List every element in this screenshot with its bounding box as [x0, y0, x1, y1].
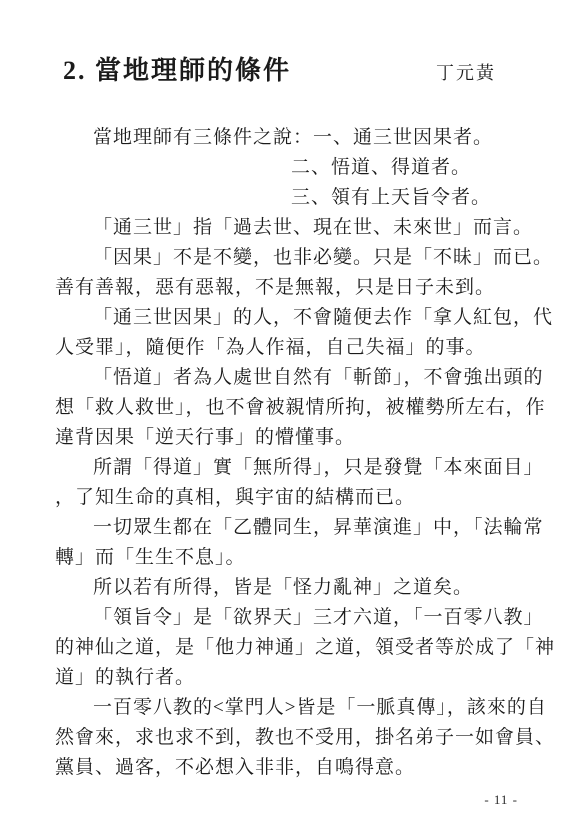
text-line: 的神仙之道，是「他力神通」之道，領受者等於成了「神 — [55, 633, 568, 663]
author-name: 丁元黃 — [436, 59, 496, 85]
text-line: 然會來，求也求不到，教也不受用，掛名弟子一如會員、 — [55, 723, 568, 753]
text-line: 轉」而「生生不息」。 — [55, 543, 568, 573]
text-line: 善有善報，惡有惡報，不是無報，只是日子未到。 — [55, 273, 568, 303]
text-line: 一切眾生都在「乙體同生，昇華演進」中，「法輪常 — [55, 513, 568, 543]
text-line: 所以若有所得，皆是「怪力亂神」之道矣。 — [55, 573, 568, 603]
text-line: 想「救人救世」，也不會被親情所拘，被權勢所左右，作 — [55, 393, 568, 423]
text-line: ，了知生命的真相，與宇宙的結構而已。 — [55, 483, 568, 513]
title-row: 2. 當地理師的條件 丁元黃 — [63, 50, 496, 87]
page-number: - 11 - — [484, 792, 518, 808]
text-line: 一百零八教的<掌門人>皆是「一脈真傳」，該來的自 — [55, 693, 568, 723]
document-page: 2. 當地理師的條件 丁元黃 當地理師有三條件之說：一、通三世因果者。二、悟道、… — [0, 0, 568, 826]
text-line: 所謂「得道」實「無所得」，只是發覺「本來面目」 — [55, 453, 568, 483]
text-line: 「通三世因果」的人，不會隨便去作「拿人紅包，代 — [55, 303, 568, 333]
text-line: 當地理師有三條件之說：一、通三世因果者。 — [55, 123, 568, 153]
text-line: 二、悟道、得道者。 — [55, 153, 568, 183]
text-line: 「悟道」者為人處世自然有「斬節」，不會強出頭的 — [55, 363, 568, 393]
text-line: 「因果」不是不變，也非必變。只是「不昧」而已。 — [55, 243, 568, 273]
text-line: 三、領有上天旨令者。 — [55, 183, 568, 213]
page-title: 2. 當地理師的條件 — [63, 50, 291, 87]
body-text: 當地理師有三條件之說：一、通三世因果者。二、悟道、得道者。三、領有上天旨令者。「… — [55, 123, 568, 783]
text-line: 違背因果「逆天行事」的懵懂事。 — [55, 423, 568, 453]
text-line: 道」的執行者。 — [55, 663, 568, 693]
text-line: 「領旨令」是「欲界天」三才六道，「一百零八教」 — [55, 603, 568, 633]
text-line: 「通三世」指「過去世、現在世、未來世」而言。 — [55, 213, 568, 243]
text-line: 黨員、過客，不必想入非非，自鳴得意。 — [55, 753, 568, 783]
text-line: 人受罪」，隨便作「為人作福，自己失福」的事。 — [55, 333, 568, 363]
